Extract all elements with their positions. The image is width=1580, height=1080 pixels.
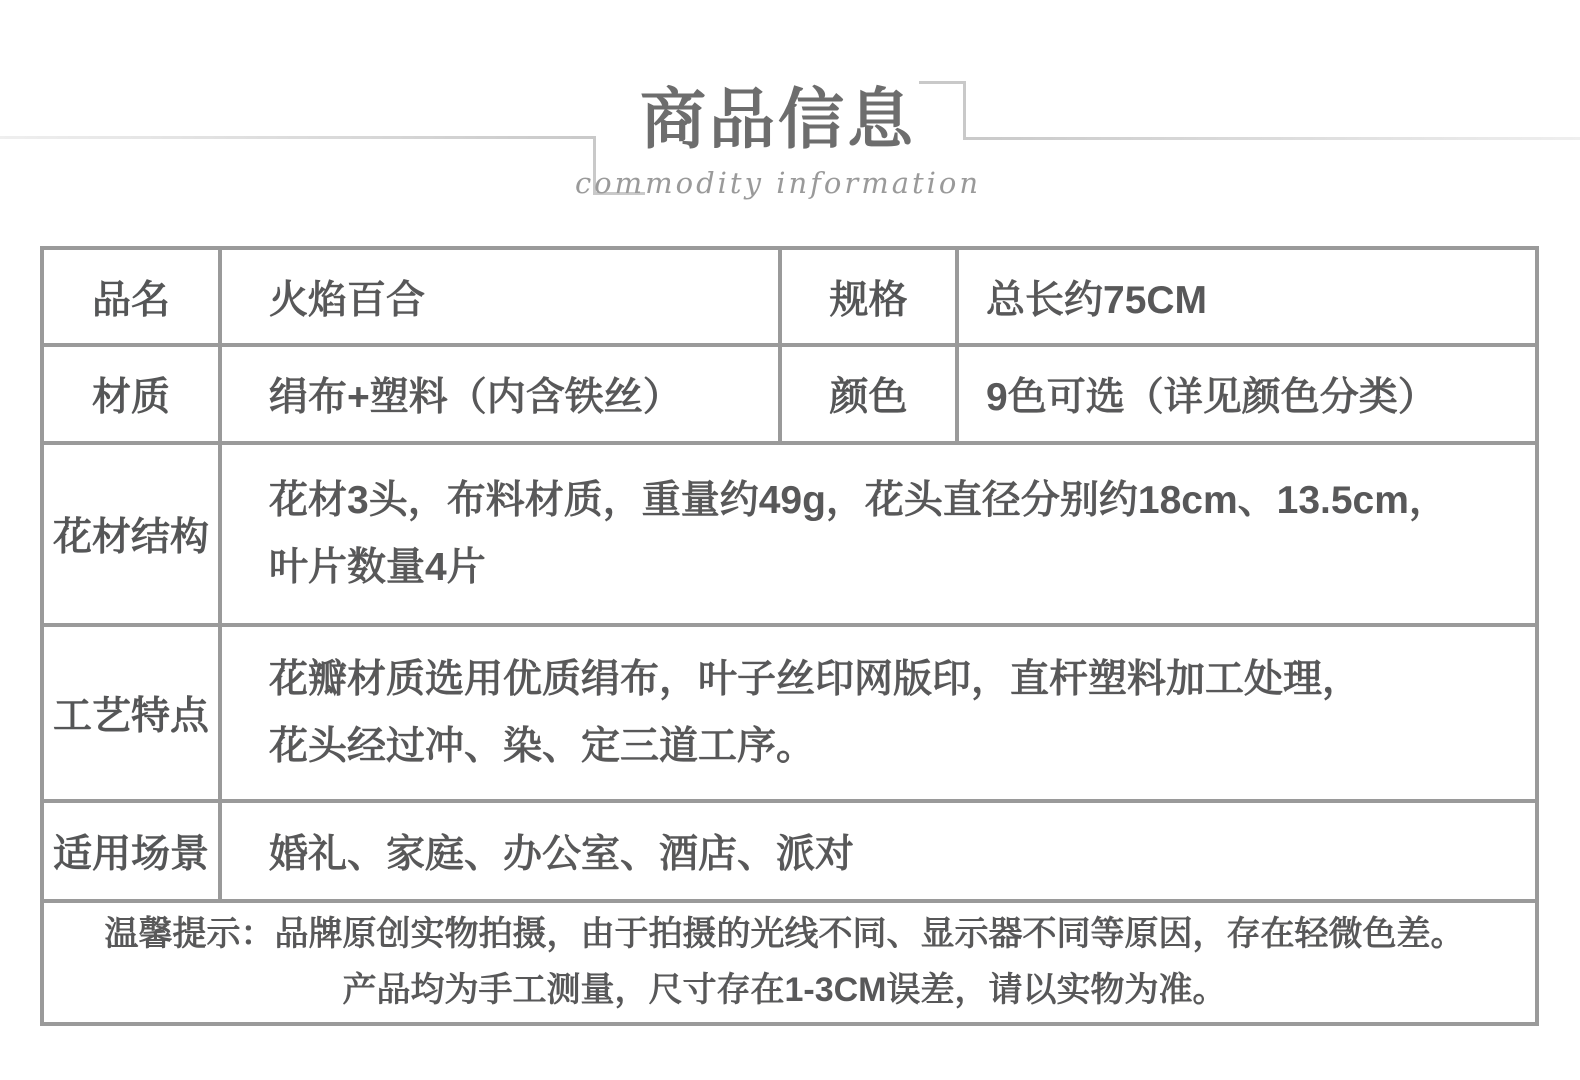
value-product-name: 火焰百合 (222, 250, 778, 343)
label-structure: 花材结构 (44, 445, 218, 623)
value-material: 绢布+塑料（内含铁丝） (222, 347, 778, 441)
label-craft: 工艺特点 (44, 627, 218, 799)
value-spec: 总长约75CM (959, 250, 1535, 343)
label-material: 材质 (44, 347, 218, 441)
value-scenes: 婚礼、家庭、办公室、酒店、派对 (222, 803, 1535, 899)
value-color: 9色可选（详见颜色分类） (959, 347, 1535, 441)
craft-line-1: 花瓣材质选用优质绢布，叶子丝印网版印，直杆塑料加工处理， (269, 646, 1361, 713)
value-craft: 花瓣材质选用优质绢布，叶子丝印网版印，直杆塑料加工处理， 花头经过冲、染、定三道… (222, 627, 1535, 799)
label-scenes: 适用场景 (44, 803, 218, 899)
label-color: 颜色 (782, 347, 955, 441)
product-info-table: 品名 火焰百合 规格 总长约75CM 材质 绢布+塑料（内含铁丝） 颜色 9色可… (40, 246, 1539, 1026)
notice-line-2: 产品均为手工测量，尺寸存在1-3CM误差，请以实物为准。 (342, 963, 1226, 1018)
label-product-name: 品名 (44, 250, 218, 343)
label-spec: 规格 (782, 250, 955, 343)
structure-line-2: 叶片数量4片 (269, 534, 486, 601)
page-subtitle: commodity information (0, 166, 1556, 200)
structure-line-1: 花材3头，布料材质，重量约49g，花头直径分别约18cm、13.5cm， (269, 467, 1448, 534)
notice: 温馨提示：品牌原创实物拍摄，由于拍摄的光线不同、显示器不同等原因，存在轻微色差。… (44, 903, 1535, 1022)
notice-line-1: 温馨提示：品牌原创实物拍摄，由于拍摄的光线不同、显示器不同等原因，存在轻微色差。 (105, 907, 1465, 962)
product-info-page: 商品信息 commodity information 品名 火焰百合 规格 总长… (0, 0, 1580, 1080)
value-structure: 花材3头，布料材质，重量约49g，花头直径分别约18cm、13.5cm， 叶片数… (222, 445, 1535, 623)
page-title: 商品信息 (0, 82, 1556, 158)
craft-line-2: 花头经过冲、染、定三道工序。 (269, 713, 815, 780)
